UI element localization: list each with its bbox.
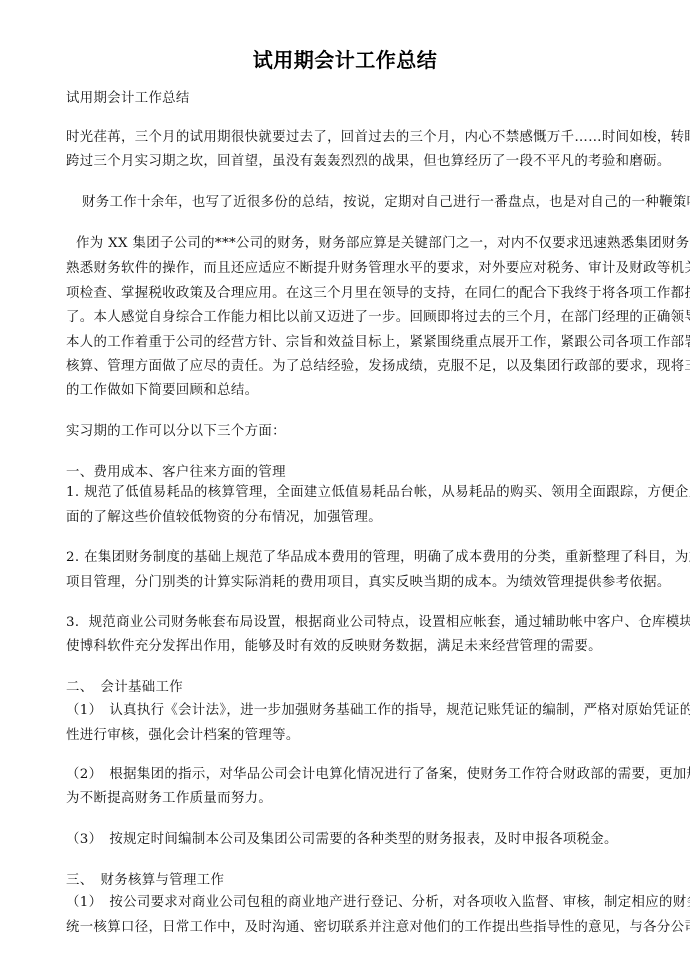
text-line: 作为 XX 集团子公司的***公司的财务，财务部应算是关键部门之一，对内不仅要求… — [76, 235, 666, 253]
text-line: （1） 按公司要求对商业公司包租的商业地产进行登记、分析，对各项收入监督、审核，… — [66, 894, 656, 912]
text-line: （3） 按规定时间编制本公司及集团公司需要的各种类型的财务报表，及时申报各项税金… — [66, 831, 656, 849]
section-heading: 三、 财务核算与管理工作 — [66, 872, 656, 890]
text-line: 使博科软件充分发挥出作用，能够及时有效的反映财务数据，满足未来经营管理的需要。 — [66, 638, 656, 656]
text-line: 项目管理，分门别类的计算实际消耗的费用项目，真实反映当期的成本。为绩效管理提供参… — [66, 574, 656, 592]
document-title: 试用期会计工作总结 — [0, 44, 690, 73]
section-heading: 一、费用成本、客户往来方面的管理 — [66, 464, 656, 482]
text-line: 性进行审核，强化会计档案的管理等。 — [66, 727, 656, 745]
text-line: 统一核算口径，日常工作中，及时沟通、密切联系并注意对他们的工作提出些指导性的意见… — [66, 919, 656, 937]
text-line: 2. 在集团财务制度的基础上规范了华品成本费用的管理，明确了成本费用的分类，重新… — [66, 549, 656, 567]
text-line: 了。本人感觉自身综合工作能力相比以前又迈进了一步。回顾即将过去的三个月，在部门经… — [66, 309, 656, 327]
text-line: 为不断提高财务工作质量而努力。 — [66, 790, 656, 808]
text-line: 项检查、掌握税收政策及合理应用。在这三个月里在领导的支持，在同仁的配合下我终于将… — [66, 285, 656, 303]
section-heading: 二、 会计基础工作 — [66, 679, 656, 697]
text-line: 本人的工作着重于公司的经营方针、宗旨和效益目标上，紧紧围绕重点展开工作，紧跟公司… — [66, 334, 656, 352]
text-line: 3．规范商业公司财务帐套布局设置，根据商业公司特点，设置相应帐套，通过辅助帐中客… — [66, 614, 656, 632]
text-line: 时光荏苒，三个月的试用期很快就要过去了，回首过去的三个月，内心不禁感慨万千……时… — [66, 129, 656, 147]
text-line: 的工作做如下简要回顾和总结。 — [66, 382, 656, 400]
text-line: 财务工作十余年，也写了近很多份的总结，按说，定期对自己进行一番盘点，也是对自己的… — [82, 194, 672, 212]
text-line: （1） 认真执行《会计法》，进一步加强财务基础工作的指导，规范记账凭证的编制，严… — [66, 702, 656, 720]
text-line: 1. 规范了低值易耗品的核算管理，全面建立低值易耗品台帐，从易耗品的购买、领用全… — [66, 484, 656, 502]
document-subtitle: 试用期会计工作总结 — [66, 90, 656, 108]
text-line: 核算、管理方面做了应尽的责任。为了总结经验，发扬成绩，克服不足，以及集团行政部的… — [66, 358, 656, 376]
text-line: 实习期的工作可以分以下三个方面： — [66, 423, 656, 441]
document-page: 试用期会计工作总结 试用期会计工作总结 时光荏苒，三个月的试用期很快就要过去了，… — [0, 0, 690, 976]
text-line: 跨过三个月实习期之坎，回首望，虽没有轰轰烈烈的战果，但也算经历了一段不平凡的考验… — [66, 153, 656, 171]
text-line: 面的了解这些价值较低物资的分布情况，加强管理。 — [66, 509, 656, 527]
text-line: 熟悉财务软件的操作，而且还应适应不断提升财务管理水平的要求，对外要应对税务、审计… — [66, 260, 656, 278]
text-line: （2） 根据集团的指示，对华品公司会计电算化情况进行了备案，使财务工作符合财政部… — [66, 766, 656, 784]
